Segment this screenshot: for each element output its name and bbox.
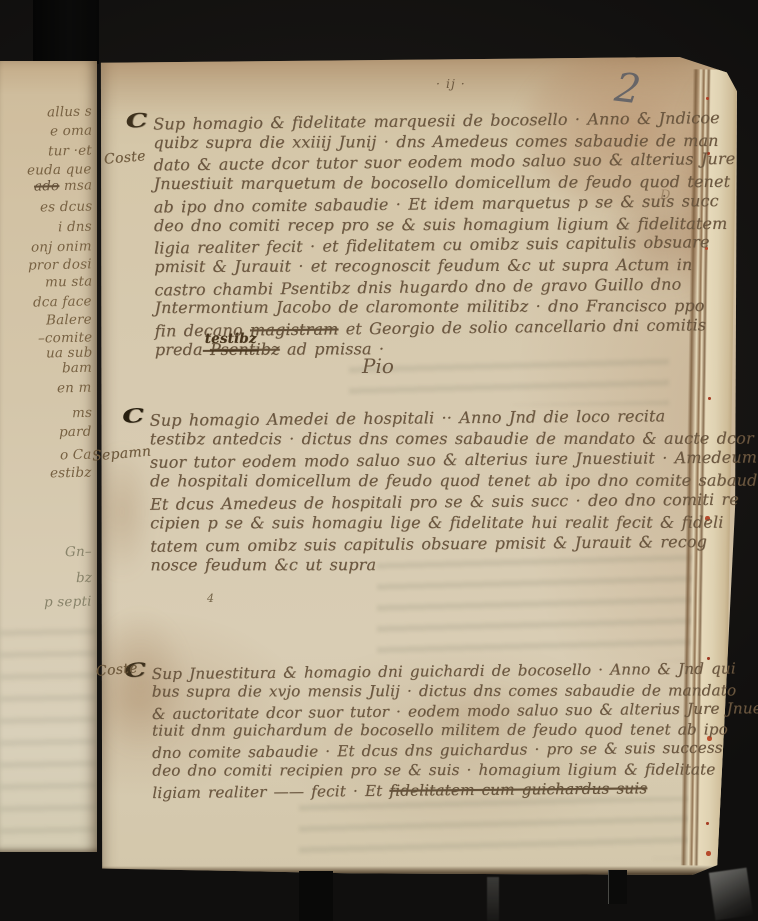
struck-text: magistram <box>250 319 339 339</box>
entry-lines: Sup homagio Amedei de hospitali ·· Anno … <box>150 406 723 576</box>
manuscript-text-line: cipien p se & suis homagiu lige & fideli… <box>150 512 722 534</box>
line-segment: Sup homagio Amedei de hospitali ·· Anno … <box>150 406 666 429</box>
handwriting-layer: · ij · 2 D C Sup homagio & fidelitate ma… <box>0 0 758 921</box>
line-segment: ligiam realiter —— fecit · Et <box>152 782 389 802</box>
line-segment: deo dno comiti recep pro se & suis homag… <box>154 213 727 234</box>
manuscript-text-line: bus supra die xvjo mensis Julij · dictus… <box>152 681 724 702</box>
line-segment: suor tutor eodem modo saluo suo & alteri… <box>150 447 757 471</box>
manuscript-text-line: ligiam realiter —— fecit · Et fidelitate… <box>152 778 724 803</box>
stray-mark: 4 <box>207 592 214 605</box>
line-segment: ab ipo dno comite sabaudie · Et idem mar… <box>154 191 719 216</box>
manuscript-text-line: nosce feudum &c ut supra <box>150 554 722 576</box>
line-segment: Et dcus Amedeus de hospitali pro se & su… <box>150 490 739 514</box>
homage-entry-3: C Sup Jnuestitura & homagio dni guichard… <box>152 661 725 803</box>
line-segment: Sup Jnuestitura & homagio dni guichardi … <box>152 659 736 683</box>
manuscript-text-line: preda Psentibztestibz ad pmissa · <box>155 338 721 361</box>
homage-entry-2: C Sup homagio Amedei de hospitali ·· Ann… <box>150 406 723 576</box>
manuscript-text-line: deo dno comiti recipien pro se & suis · … <box>152 760 724 781</box>
margin-note: Coste <box>103 148 146 168</box>
line-segment: dno comite sabaudie · Et dcus dns guicha… <box>152 739 723 762</box>
line-segment: tiuit dnm guichardum de bocosello milite… <box>152 721 728 740</box>
line-segment: tatem cum omibz suis capitulis obsuare p… <box>150 532 707 556</box>
line-segment: de hospitali domicellum de feudo quod te… <box>150 471 758 491</box>
manuscript-photo: allus s e oma tur ·et euda que ado msa e… <box>0 0 758 921</box>
line-segment: testibz antedcis · dictus dns comes saba… <box>150 429 754 449</box>
line-segment: deo dno comiti recipien pro se & suis · … <box>152 760 715 779</box>
folio-number: 2 <box>612 65 643 114</box>
struck-text: fidelitatem cum guichardus suis <box>389 779 647 799</box>
line-segment: et Georgio de solio cancellario dni comi… <box>338 315 706 338</box>
manuscript-text-line: testibz antedcis · dictus dns comes saba… <box>150 428 722 450</box>
line-segment: Sup homagio & fidelitate marquesii de bo… <box>153 108 720 133</box>
paragraph-mark: C <box>121 406 145 428</box>
entry-lines: Sup homagio & fidelitate marquesii de bo… <box>153 109 721 361</box>
line-segment: nosce feudum &c ut supra <box>150 555 376 574</box>
margin-note-label: Coste <box>103 148 146 168</box>
homage-entry-1: C Sup homagio & fidelitate marquesii de … <box>153 109 721 361</box>
margin-note-label: Sepamn <box>91 443 151 464</box>
paragraph-mark: C <box>125 111 149 133</box>
line-segment: bus supra die xvjo mensis Julij · dictus… <box>152 681 737 700</box>
page-clip <box>608 870 627 904</box>
translucent-film-tab <box>487 877 499 921</box>
manuscript-text-line: de hospitali domicellum de feudo quod te… <box>150 470 722 492</box>
catchword-mark: Pio <box>362 354 394 378</box>
book-cradle-strap <box>299 871 333 921</box>
line-segment: Jnuestiuit marquetum de bocosello domice… <box>154 172 731 193</box>
line-segment: pmisit & Jurauit · et recognoscit feudum… <box>154 255 692 276</box>
margin-note: Sepamn <box>91 443 151 464</box>
line-segment: Jntermontium Jacobo de claromonte militi… <box>154 296 704 317</box>
line-segment: quibz supra die xxiiij Junij · dns Amede… <box>153 131 718 152</box>
line-segment: cipien p se & suis homagiu lige & fideli… <box>150 513 723 533</box>
translucent-film-tab <box>709 868 753 921</box>
entry-lines: Sup Jnuestitura & homagio dni guichardi … <box>152 661 725 803</box>
line-segment: & auctoritate dcor suor tutor · eodem mo… <box>152 699 758 723</box>
quire-mark: · ij · <box>436 76 466 91</box>
interlinear-insertion: testibz <box>203 328 259 351</box>
line-segment: preda <box>155 340 210 359</box>
